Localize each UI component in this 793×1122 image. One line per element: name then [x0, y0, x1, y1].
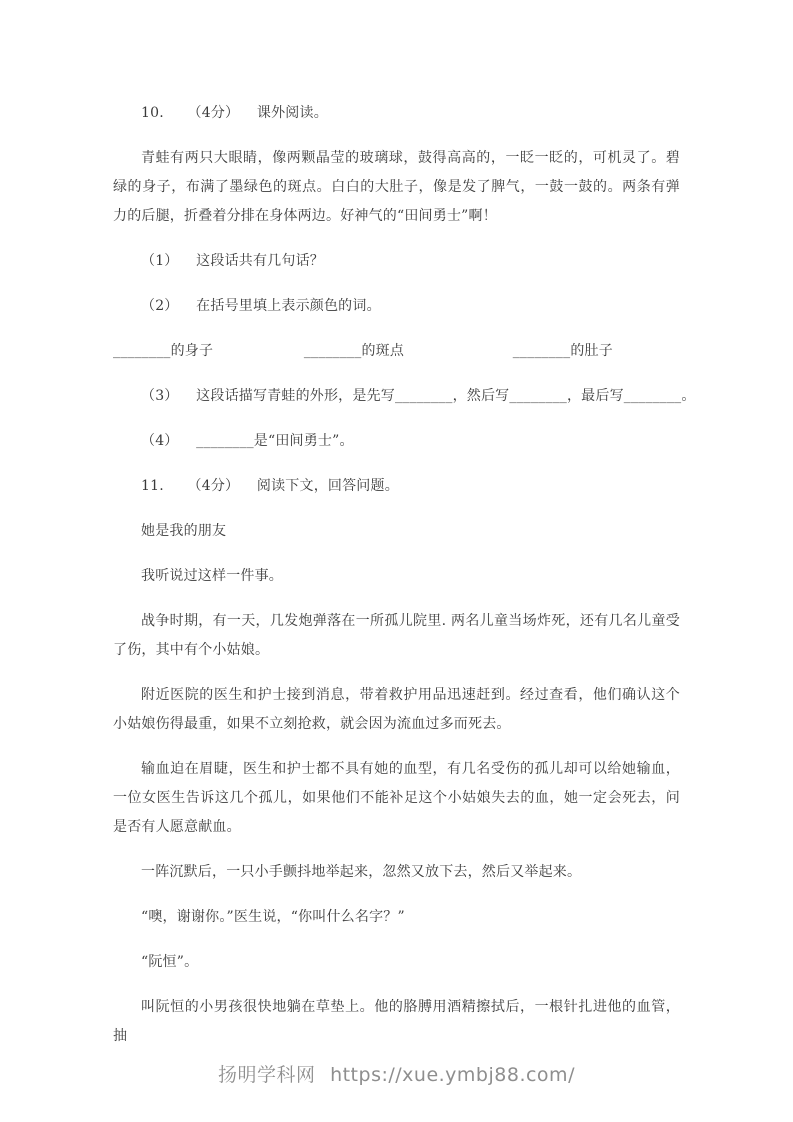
sub-question-4-label: （4）: [141, 433, 179, 449]
story-paragraph-doctor-question: “噢，谢谢你。”医生说，“你叫什么名字？”: [113, 903, 680, 932]
sub-question-2-label: （2）: [141, 298, 179, 314]
question-10-heading: 10. （4分） 课外阅读。: [113, 99, 680, 128]
question-11-heading: 11. （4分） 阅读下文，回答问题。: [113, 472, 680, 501]
question-10-sub-3: （3） 这段话描写青蛙的外形，是先写________，然后写________，最…: [113, 382, 680, 411]
story-title: 她是我的朋友: [113, 517, 680, 546]
site-name: 扬明学科网: [218, 1064, 316, 1086]
sub-question-3-label: （3）: [141, 388, 179, 404]
frog-reading-passage: 青蛙有两只大眼睛，像两颗晶莹的玻璃球，鼓得高高的，一眨一眨的，可机灵了。碧绿的身…: [113, 144, 680, 231]
sub-question-1-label: （1）: [141, 253, 179, 269]
story-paragraph-intro: 我听说过这样一件事。: [113, 562, 680, 591]
question-10-title: 课外阅读。: [257, 105, 328, 121]
exam-document-page: 10. （4分） 课外阅读。 青蛙有两只大眼睛，像两颗晶莹的玻璃球，鼓得高高的，…: [0, 0, 793, 1122]
sub-question-1-text: 这段话共有几句话？: [196, 253, 324, 269]
watermark-footer: 扬明学科网 https://xue.ymbj88.com/: [0, 1062, 793, 1088]
story-paragraph-silence: 一阵沉默后，一只小手颤抖地举起来，忽然又放下去，然后又举起来。: [113, 858, 680, 887]
question-10-sub-2: （2） 在括号里填上表示颜色的词。: [113, 292, 680, 321]
sub-question-2-text: 在括号里填上表示颜色的词。: [196, 298, 381, 314]
question-10-sub-1: （1） 这段话共有几句话？: [113, 247, 680, 276]
sub-question-4-text: ________是“田间勇士”。: [196, 433, 354, 449]
fill-blank-spots: ________的斑点: [304, 343, 404, 359]
question-11-number: 11.: [141, 478, 164, 494]
story-paragraph-war: 战争时期，有一天，几发炮弹落在一所孤儿院里. 两名儿童当场炸死，还有几名儿童受了…: [113, 607, 680, 665]
site-url: https://xue.ymbj88.com/: [330, 1064, 575, 1086]
fill-blank-belly: ________的肚子: [513, 343, 613, 359]
fill-blank-body: ________的身子: [113, 343, 213, 359]
story-paragraph-needle: 叫阮恒的小男孩很快地躺在草垫上。他的胳膊用酒精擦拭后，一根针扎进他的血管，抽: [113, 993, 680, 1051]
story-paragraph-name: “阮恒”。: [113, 948, 680, 977]
sub-question-3-text: 这段话描写青蛙的外形，是先写________，然后写________，最后写__…: [196, 388, 695, 404]
question-10-sub-4: （4） ________是“田间勇士”。: [113, 427, 680, 456]
question-10-points: （4分）: [188, 105, 240, 121]
color-blanks-row: ________的身子 ________的斑点 ________的肚子: [113, 337, 680, 366]
story-paragraph-doctors: 附近医院的医生和护士接到消息，带着救护用品迅速赶到。经过查看，他们确认这个小姑娘…: [113, 681, 680, 739]
question-11-title: 阅读下文，回答问题。: [257, 478, 399, 494]
question-11-points: （4分）: [188, 478, 240, 494]
question-10-number: 10.: [141, 105, 164, 121]
story-paragraph-transfusion: 输血迫在眉睫，医生和护士都不具有她的血型，有几名受伤的孤儿却可以给她输血，一位女…: [113, 755, 680, 842]
document-content: 10. （4分） 课外阅读。 青蛙有两只大眼睛，像两颗晶莹的玻璃球，鼓得高高的，…: [0, 0, 793, 1051]
